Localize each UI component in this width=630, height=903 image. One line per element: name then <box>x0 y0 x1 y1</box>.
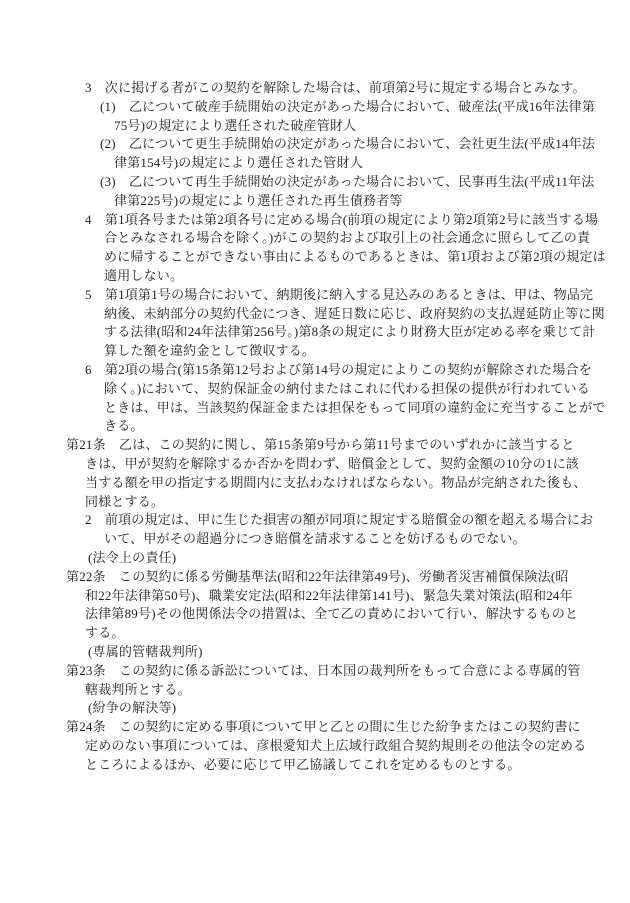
text-line: いて、甲がその超過分につき賠償を請求することを妨げるものでない。 <box>0 530 592 549</box>
text-line: 同様とする。 <box>0 493 592 512</box>
text-line: 適用しない。 <box>0 267 592 286</box>
text-line: 6 第2項の場合(第15条第12号および第14号の規定によりこの契約が解除された… <box>0 361 592 380</box>
text-line: (1) 乙について破産手続開始の決定があった場合において、破産法(平成16年法律… <box>0 98 592 117</box>
text-line: ときは、甲は、当該契約保証金または担保をもって同項の違約金に充当することがで <box>0 399 592 418</box>
text-line: 除く。)において、契約保証金の納付またはこれに代わる担保の提供が行われている <box>0 380 592 399</box>
text-line: 定めのない事項については、彦根愛知犬上広域行政組合契約規則その他法令の定める <box>0 737 592 756</box>
text-line: 法律第89号)その他関係法令の措置は、全て乙の責めにおいて行い、解決するものと <box>0 605 592 624</box>
text-line: 轄裁判所とする。 <box>0 681 592 700</box>
text-line: 4 第1項各号または第2項各号に定める場合(前項の規定により第2項第2号に該当す… <box>0 211 592 230</box>
text-line: 律第154号)の規定により選任された管財人 <box>0 154 592 173</box>
text-line: 第22条 この契約に係る労働基準法(昭和22年法律第49号)、労働者災害補償保険… <box>0 568 592 587</box>
text-line: 5 第1項第1号の場合において、納期後に納入する見込みのあるときは、甲は、物品完 <box>0 286 592 305</box>
text-line: 2 前項の規定は、甲に生じた損害の額が同項に規定する賠償金の額を超える場合にお <box>0 511 592 530</box>
contract-text-block: 3 次に掲げる者がこの契約を解除した場合は、前項第2号に規定する場合とみなす。(… <box>0 79 592 774</box>
text-line: (3) 乙について再生手続開始の決定があった場合において、民事再生法(平成11年… <box>0 173 592 192</box>
text-line: 和22年法律第50号)、職業安定法(昭和22年法律第141号)、緊急失業対策法(… <box>0 587 592 606</box>
text-line: きは、甲が契約を解除するか否かを問わず、賠償金として、契約金額の10分の1に該 <box>0 455 592 474</box>
text-line: する法律(昭和24年法律第256号。)第8条の規定により財務大臣が定める率を乗じ… <box>0 323 592 342</box>
text-line: する。 <box>0 624 592 643</box>
text-line: 75号)の規定により選任された破産管財人 <box>0 117 592 136</box>
text-line: 納後、未納部分の契約代金につき、遅延日数に応じ、政府契約の支払遅延防止等に関 <box>0 305 592 324</box>
text-line: (専属的管轄裁判所) <box>0 643 592 662</box>
text-line: 3 次に掲げる者がこの契約を解除した場合は、前項第2号に規定する場合とみなす。 <box>0 79 592 98</box>
text-line: 第21条 乙は、この契約に関し、第15条第9号から第11号までのいずれかに該当す… <box>0 436 592 455</box>
text-line: 第24条 この契約に定める事項について甲と乙との間に生じた紛争またはこの契約書に <box>0 718 592 737</box>
document-page: 3 次に掲げる者がこの契約を解除した場合は、前項第2号に規定する場合とみなす。(… <box>0 0 630 903</box>
text-line: (法令上の責任) <box>0 549 592 568</box>
text-line: 合とみなされる場合を除く。)がこの契約および取引上の社会通念に照らして乙の責 <box>0 229 592 248</box>
text-line: ところによるほか、必要に応じて甲乙協議してこれを定めるものとする。 <box>0 756 592 775</box>
text-line: 律第225号)の規定により選任された再生債務者等 <box>0 192 592 211</box>
text-line: 当する額を甲の指定する期間内に支払わなければならない。物品が完納された後も、 <box>0 474 592 493</box>
text-line: 算した額を違約金として徴収する。 <box>0 342 592 361</box>
text-line: めに帰することができない事由によるものであるときは、第1項および第2項の規定は <box>0 248 592 267</box>
text-line: きる。 <box>0 417 592 436</box>
text-line: (2) 乙について更生手続開始の決定があった場合において、会社更生法(平成14年… <box>0 135 592 154</box>
text-line: 第23条 この契約に係る訴訟については、日本国の裁判所をもって合意による専属的管 <box>0 662 592 681</box>
text-line: (紛争の解決等) <box>0 699 592 718</box>
